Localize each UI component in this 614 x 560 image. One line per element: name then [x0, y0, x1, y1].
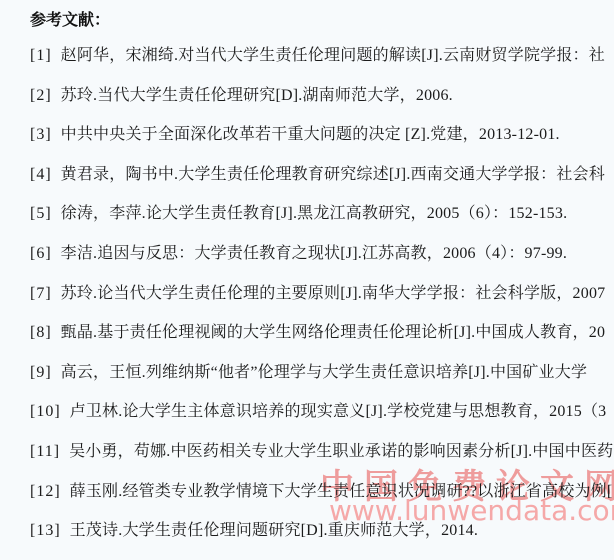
references-heading: 参考文献：: [30, 7, 110, 30]
reference-item: [8]甄晶.基于责任伦理视阈的大学生网络伦理责任伦理论析[J].中国成人教育，2…: [30, 323, 614, 363]
reference-item: [7]苏玲.论当代大学生责任伦理的主要原则[J].南华大学学报：社会科学版，20…: [30, 284, 614, 324]
reference-number: [6]: [30, 244, 52, 264]
reference-item: [2]苏玲.当代大学生责任伦理研究[D].湖南师范大学，2006.: [30, 86, 614, 126]
reference-item: [12]薛玉刚.经管类专业教学情境下大学生责任意识状况调研??以浙江省高校为例[: [30, 482, 614, 522]
reference-text: 苏玲.当代大学生责任伦理研究[D].湖南师范大学，2006.: [61, 87, 453, 104]
reference-number: [12]: [30, 482, 61, 502]
reference-text: 吴小勇，苟娜.中医药相关专业大学生职业承诺的影响因素分析[J].中国中医药: [69, 443, 613, 460]
reference-item: [9]高云，王恒.列维纳斯“他者”伦理学与大学生责任意识培养[J].中国矿业大学: [30, 363, 614, 403]
reference-item: [6]李洁.追因与反思：大学责任教育之现状[J].江苏高教，2006（4）：97…: [30, 244, 614, 284]
reference-list: [1]赵阿华，宋湘绮.对当代大学生责任伦理问题的解读[J].云南财贸学院学报：社…: [30, 46, 614, 560]
reference-number: [8]: [30, 323, 52, 343]
reference-number: [10]: [30, 402, 61, 422]
reference-number: [4]: [30, 165, 52, 185]
reference-number: [3]: [30, 125, 52, 145]
reference-text: 高云，王恒.列维纳斯“他者”伦理学与大学生责任意识培养[J].中国矿业大学: [61, 364, 588, 381]
reference-item: [3]中共中央关于全面深化改革若干重大问题的决定 [Z].党建，2013-12-…: [30, 125, 614, 165]
reference-text: 李洁.追因与反思：大学责任教育之现状[J].江苏高教，2006（4）：97-99…: [61, 245, 567, 262]
reference-text: 苏玲.论当代大学生责任伦理的主要原则[J].南华大学学报：社会科学版，2007: [61, 285, 606, 302]
reference-item: [11]吴小勇，苟娜.中医药相关专业大学生职业承诺的影响因素分析[J].中国中医…: [30, 442, 614, 482]
reference-text: 薛玉刚.经管类专业教学情境下大学生责任意识状况调研??以浙江省高校为例[: [70, 483, 613, 500]
reference-number: [7]: [30, 284, 52, 304]
reference-number: [9]: [30, 363, 52, 383]
reference-item: [10]卢卫林.论大学生主体意识培养的现实意义[J].学校党建与思想教育，201…: [30, 402, 614, 442]
reference-text: 甄晶.基于责任伦理视阈的大学生网络伦理责任伦理论析[J].中国成人教育，20: [61, 324, 605, 341]
reference-text: 赵阿华，宋湘绮.对当代大学生责任伦理问题的解读[J].云南财贸学院学报：社: [61, 47, 605, 64]
reference-number: [11]: [30, 442, 60, 462]
reference-text: 中共中央关于全面深化改革若干重大问题的决定 [Z].党建，2013-12-01.: [61, 126, 560, 143]
reference-number: [1]: [30, 46, 52, 66]
reference-number: [5]: [30, 204, 52, 224]
reference-text: 黄君录，陶书中.大学生责任伦理教育研究综述[J].西南交通大学学报：社会科: [61, 166, 605, 183]
reference-text: 卢卫林.论大学生主体意识培养的现实意义[J].学校党建与思想教育，2015（3: [70, 403, 607, 420]
reference-item: [13]王茂诗.大学生责任伦理问题研究[D].重庆师范大学，2014.: [30, 521, 614, 560]
reference-number: [13]: [30, 521, 61, 541]
reference-text: 王茂诗.大学生责任伦理问题研究[D].重庆师范大学，2014.: [70, 522, 478, 539]
reference-item: [1]赵阿华，宋湘绮.对当代大学生责任伦理问题的解读[J].云南财贸学院学报：社: [30, 46, 614, 86]
reference-number: [2]: [30, 86, 52, 106]
reference-item: [4]黄君录，陶书中.大学生责任伦理教育研究综述[J].西南交通大学学报：社会科: [30, 165, 614, 205]
reference-item: [5]徐涛，李萍.论大学生责任教育[J].黑龙江高教研究，2005（6）：152…: [30, 204, 614, 244]
reference-text: 徐涛，李萍.论大学生责任教育[J].黑龙江高教研究，2005（6）：152-15…: [61, 205, 568, 222]
